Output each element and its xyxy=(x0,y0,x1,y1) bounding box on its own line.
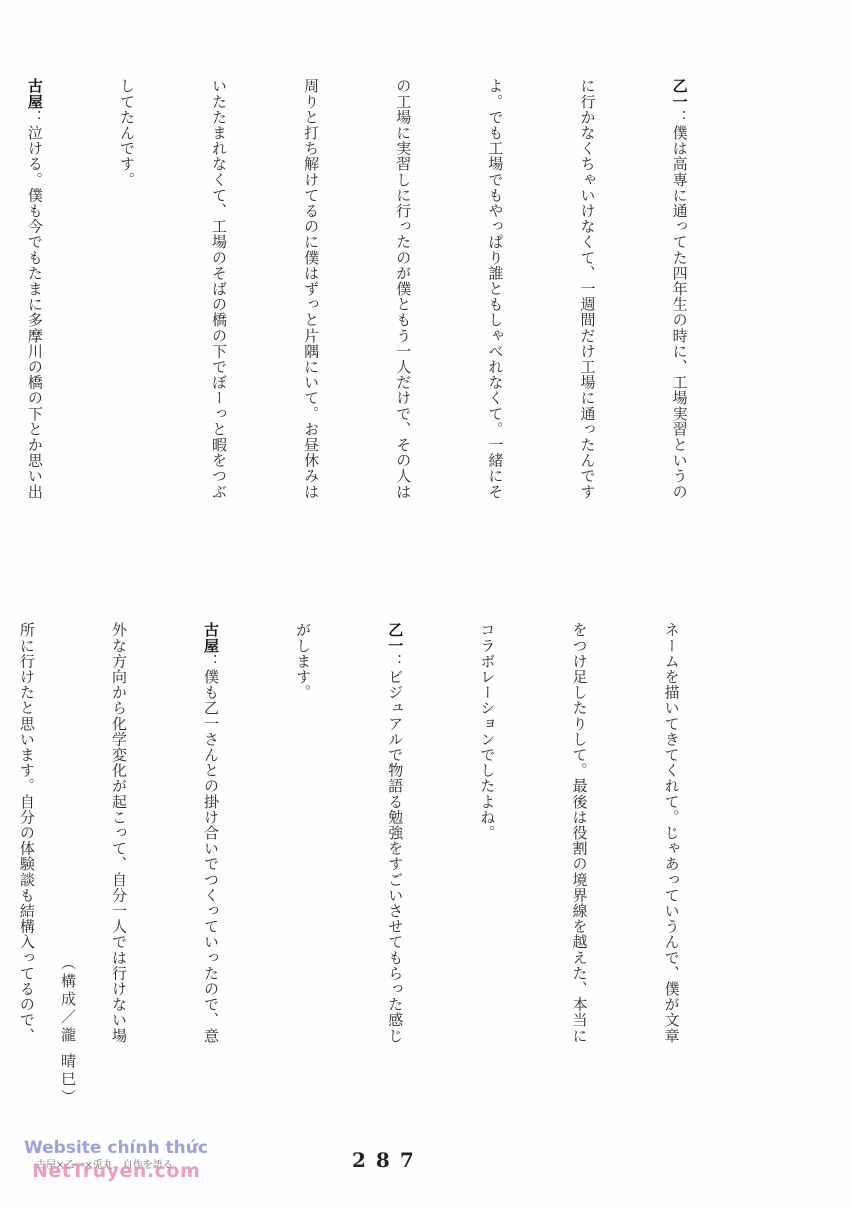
speaker-label: 乙一 xyxy=(386,622,404,653)
text-column: に行かなくちゃいけなくて、一週間だけ工場に通ったんです xyxy=(572,78,603,550)
editor-credit: （構成／瀧 晴巳） xyxy=(58,955,79,1107)
text-block-upper: 乙一：僕は高専に通ってた四年生の時に、工場実習というの に行かなくちゃいけなくて… xyxy=(0,78,756,550)
text-column: 古屋：僕も乙一さんとの掛け合いでつくっていったので、意 xyxy=(195,622,226,1094)
text-column: 乙一：僕は高専に通ってた四年生の時に、工場実習というの xyxy=(664,78,695,550)
text-column: 古屋：泣ける。僕も今でもたまに多摩川の橋の下とか思い出 xyxy=(19,78,50,550)
text-column: よ。でも工場でもやっぱり誰ともしゃべれなくて。一緒にそ xyxy=(480,78,511,550)
text-column: の工場に実習しに行ったのが僕ともう一人だけで、その人は xyxy=(388,78,419,550)
speaker-label: 古屋 xyxy=(26,78,44,109)
watermark-line-2: NetTruyen.com xyxy=(32,1160,200,1182)
watermark-line-1: Website chính thức xyxy=(24,1138,208,1158)
text-column: いたたまれなくて、工場のそばの橋の下でぼーっと暇をつぶ xyxy=(203,78,234,550)
speaker-label: 古屋 xyxy=(202,622,220,653)
book-page: 乙一：僕は高専に通ってた四年生の時に、工場実習というの に行かなくちゃいけなくて… xyxy=(0,0,850,1207)
text-column: コラボレーションでしたよね。 xyxy=(472,622,503,1094)
text-column: 外な方向から化学変化が起こって、自分一人では行けない場 xyxy=(103,622,134,1094)
text-column: 所に行けたと思います。自分の体験談も結構入ってるので、 xyxy=(11,622,42,1094)
text-column: をつけ足したりして。最後は役割の境界線を越えた、本当に xyxy=(564,622,595,1094)
text-column: 周りと打ち解けてるのに僕はずっと片隅にいて。お昼休みは xyxy=(295,78,326,550)
speaker-label: 乙一 xyxy=(671,78,689,109)
text-column: ネームを描いてきてくれて。じゃあっていうんで、僕が文章 xyxy=(656,622,687,1094)
text-block-lower: ネームを描いてきてくれて。じゃあっていうんで、僕が文章 をつけ足したりして。最後… xyxy=(0,622,748,1094)
text-column: 乙一：ビジュアルで物語る勉強をすごいさせてもらった感じ xyxy=(380,622,411,1094)
site-watermark: Website chính thức NetTruyen.com xyxy=(24,1138,234,1186)
text-column: がします。 xyxy=(287,622,318,1094)
page-number: 287 xyxy=(352,1148,424,1172)
text-column: してたんです。 xyxy=(111,78,142,550)
